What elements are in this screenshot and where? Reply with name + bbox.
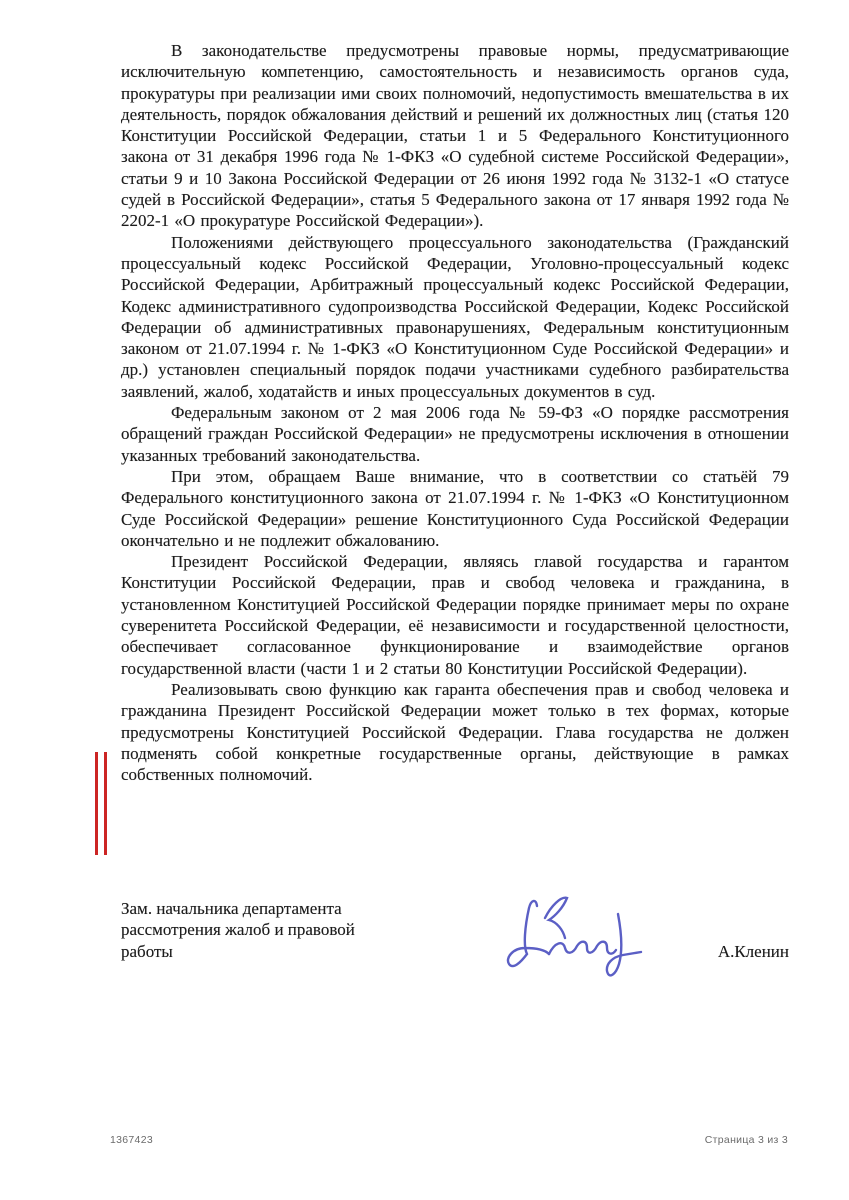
signer-name: А.Кленин	[718, 941, 789, 962]
revision-mark-double-red-line-icon	[95, 752, 108, 855]
signer-position-line-3: работы	[121, 941, 431, 962]
paragraph-5: Президент Российской Федерации, являясь …	[121, 551, 789, 679]
handwritten-signature-icon	[503, 888, 648, 990]
signer-position-line-1: Зам. начальника департамента	[121, 898, 431, 919]
signer-position-line-2: рассмотрения жалоб и правовой	[121, 919, 431, 940]
paragraph-1: В законодательстве предусмотрены правовы…	[121, 40, 789, 232]
document-page: В законодательстве предусмотрены правовы…	[0, 0, 849, 1200]
footer-page-indicator: Страница 3 из 3	[705, 1134, 788, 1146]
document-body: В законодательстве предусмотрены правовы…	[121, 40, 789, 785]
paragraph-3: Федеральным законом от 2 мая 2006 года №…	[121, 402, 789, 466]
paragraph-4: При этом, обращаем Ваше внимание, что в …	[121, 466, 789, 551]
paragraph-6-marked: Реализовывать свою функцию как гаранта о…	[121, 679, 789, 785]
signer-position-title: Зам. начальника департамента рассмотрени…	[121, 898, 431, 962]
footer-document-number: 1367423	[110, 1134, 153, 1146]
paragraph-2: Положениями действующего процессуального…	[121, 232, 789, 402]
